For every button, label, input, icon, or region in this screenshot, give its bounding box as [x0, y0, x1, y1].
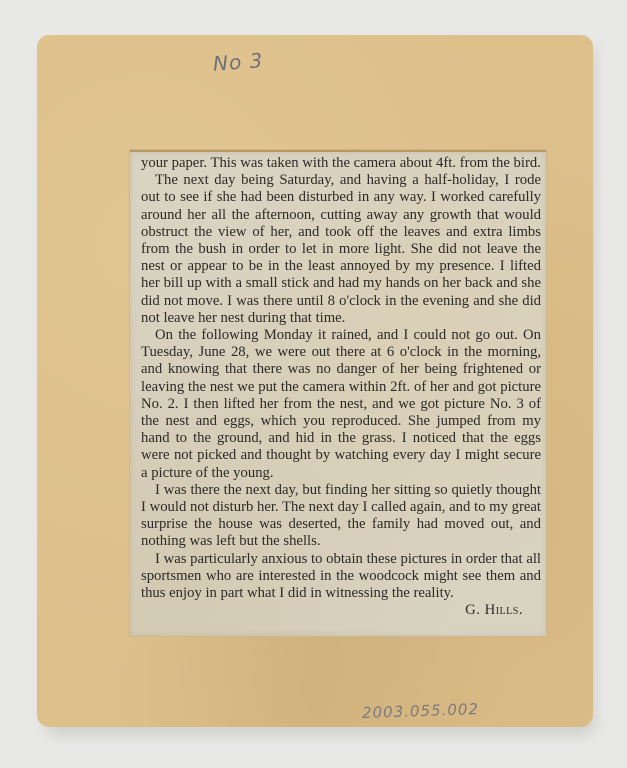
clipping-text: your paper. This was taken with the came… [141, 155, 541, 619]
paragraph: I was particularly anxious to obtain the… [141, 551, 541, 601]
paragraph: The next day being Saturday, and having … [141, 172, 541, 327]
newspaper-clipping: your paper. This was taken with the came… [130, 150, 546, 636]
signature: G. Hills. [451, 602, 523, 619]
paragraph: your paper. This was taken with the came… [141, 155, 541, 172]
paragraph: I was there the next day, but finding he… [141, 482, 541, 551]
handwritten-number: No 3 [212, 48, 264, 75]
paragraph: On the following Monday it rained, and I… [141, 327, 541, 482]
paragraph-last: I was particularly anxious to obtain the… [141, 551, 541, 603]
